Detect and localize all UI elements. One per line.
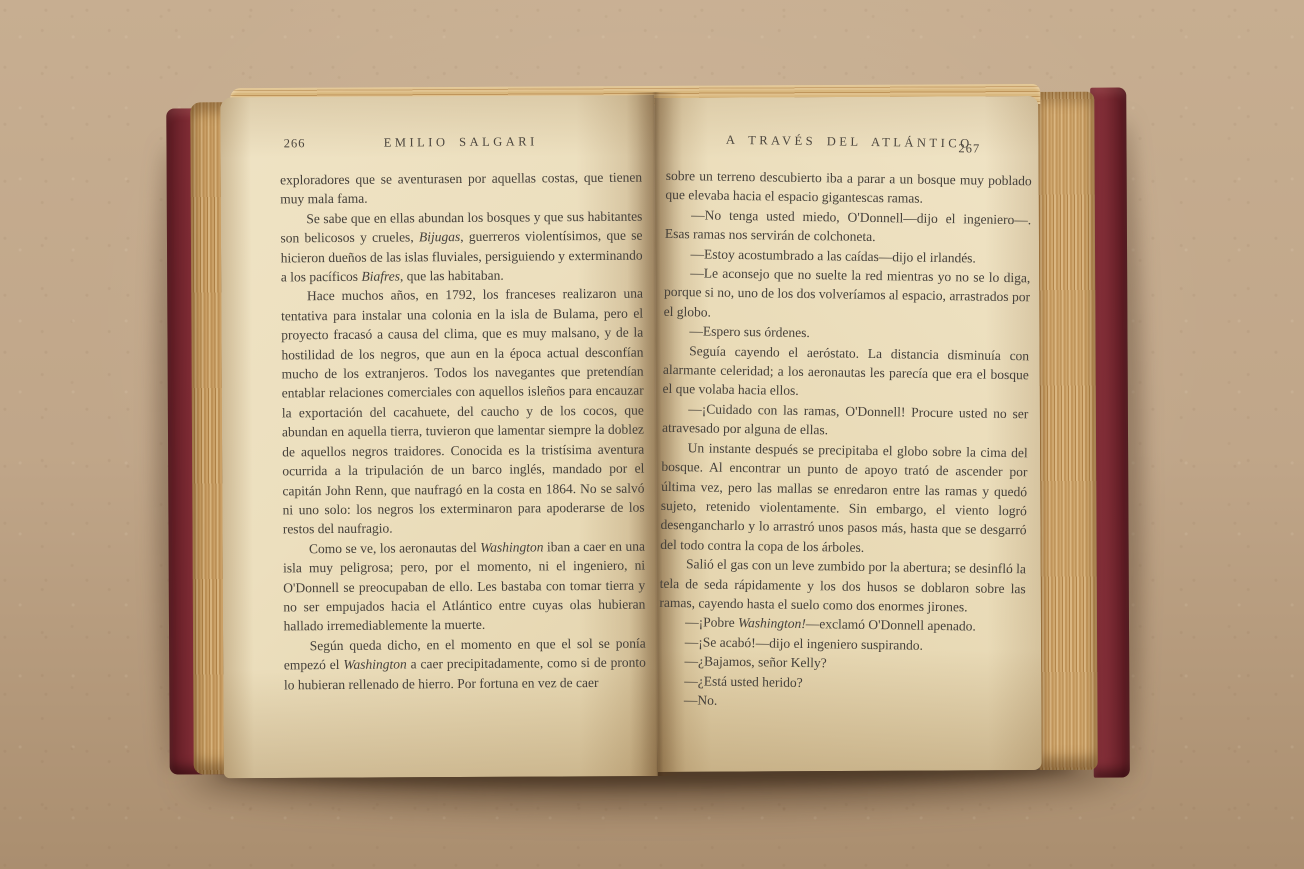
paragraph: exploradores que se aventurasen por aque… [280, 168, 642, 210]
right-page-content: A TRAVÉS DEL ATLÁNTICO 267 sobre un terr… [658, 132, 1033, 715]
paragraph: Como se ve, los aeronautas del Washingto… [283, 536, 646, 636]
paragraph: Se sabe que en ellas abundan los bosques… [280, 206, 643, 286]
paragraph: Un instante después se precipitaba el gl… [660, 438, 1028, 560]
left-page-number: 266 [284, 136, 306, 151]
left-page-text: exploradores que se aventurasen por aque… [280, 168, 646, 695]
left-running-head-title: EMILIO SALGARI [280, 134, 642, 152]
open-book: 266 EMILIO SALGARI exploradores que se a… [0, 0, 1304, 869]
paragraph: —No tenga usted miedo, O'Donnell—dijo el… [665, 205, 1032, 249]
paragraph: Salió el gas con un leve zumbido por la … [659, 554, 1026, 618]
paragraph: —Le aconsejo que no suelte la red mientr… [664, 263, 1031, 327]
paragraph: sobre un terreno descubierto iba a parar… [665, 166, 1032, 210]
paragraph: —¡Cuidado con las ramas, O'Donnell! Proc… [662, 399, 1029, 443]
paragraph: Según queda dicho, en el momento en que … [284, 633, 646, 694]
paragraph: Seguía cayendo el aeróstato. La distanci… [662, 341, 1029, 405]
right-page-text: sobre un terreno descubierto iba a parar… [658, 166, 1032, 715]
right-running-head: A TRAVÉS DEL ATLÁNTICO 267 [666, 132, 1032, 171]
page-stack-fore-edge [1036, 92, 1098, 770]
left-page-content: 266 EMILIO SALGARI exploradores que se a… [280, 134, 646, 695]
right-page-number: 267 [958, 141, 980, 156]
photo-background: 266 EMILIO SALGARI exploradores que se a… [0, 0, 1304, 869]
left-running-head: 266 EMILIO SALGARI [280, 134, 642, 171]
paragraph: Hace muchos años, en 1792, los franceses… [281, 284, 645, 539]
